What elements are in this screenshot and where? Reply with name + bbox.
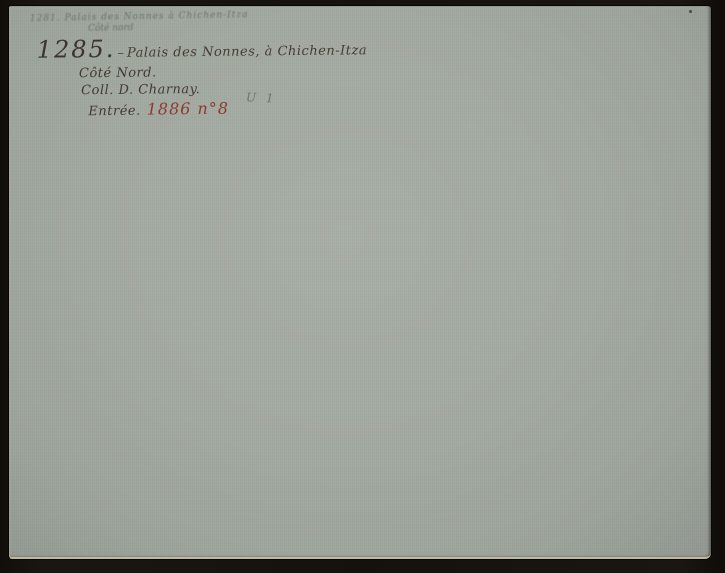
side-note: Côté Nord. — [79, 63, 367, 81]
inventory-number: 1285. — [37, 35, 116, 64]
photo-card-verso: 1281. Palais des Nonnes à Chichen-Itza C… — [9, 6, 711, 559]
pencil-check-mark: U 1 — [246, 90, 277, 105]
number-title-separator: – — [115, 46, 127, 61]
title-text: Palais des Nonnes, à Chichen-Itza — [127, 43, 367, 61]
pencil-side-line: Côté nord — [88, 21, 249, 34]
paper-speck — [689, 10, 692, 13]
scan-background: 1281. Palais des Nonnes à Chichen-Itza C… — [0, 0, 725, 573]
collection-note: Coll. D. Charnay. — [81, 80, 367, 98]
entry-line: Entrée.1886 n°8 — [88, 97, 368, 119]
ink-annotation: 1285.–Palais des Nonnes, à Chichen-Itza … — [37, 32, 368, 119]
entry-label: Entrée. — [88, 104, 140, 120]
pencil-note: 1281. Palais des Nonnes à Chichen-Itza C… — [30, 10, 249, 35]
entry-value: 1886 n°8 — [147, 99, 229, 119]
title-line: 1285.–Palais des Nonnes, à Chichen-Itza — [37, 32, 368, 63]
